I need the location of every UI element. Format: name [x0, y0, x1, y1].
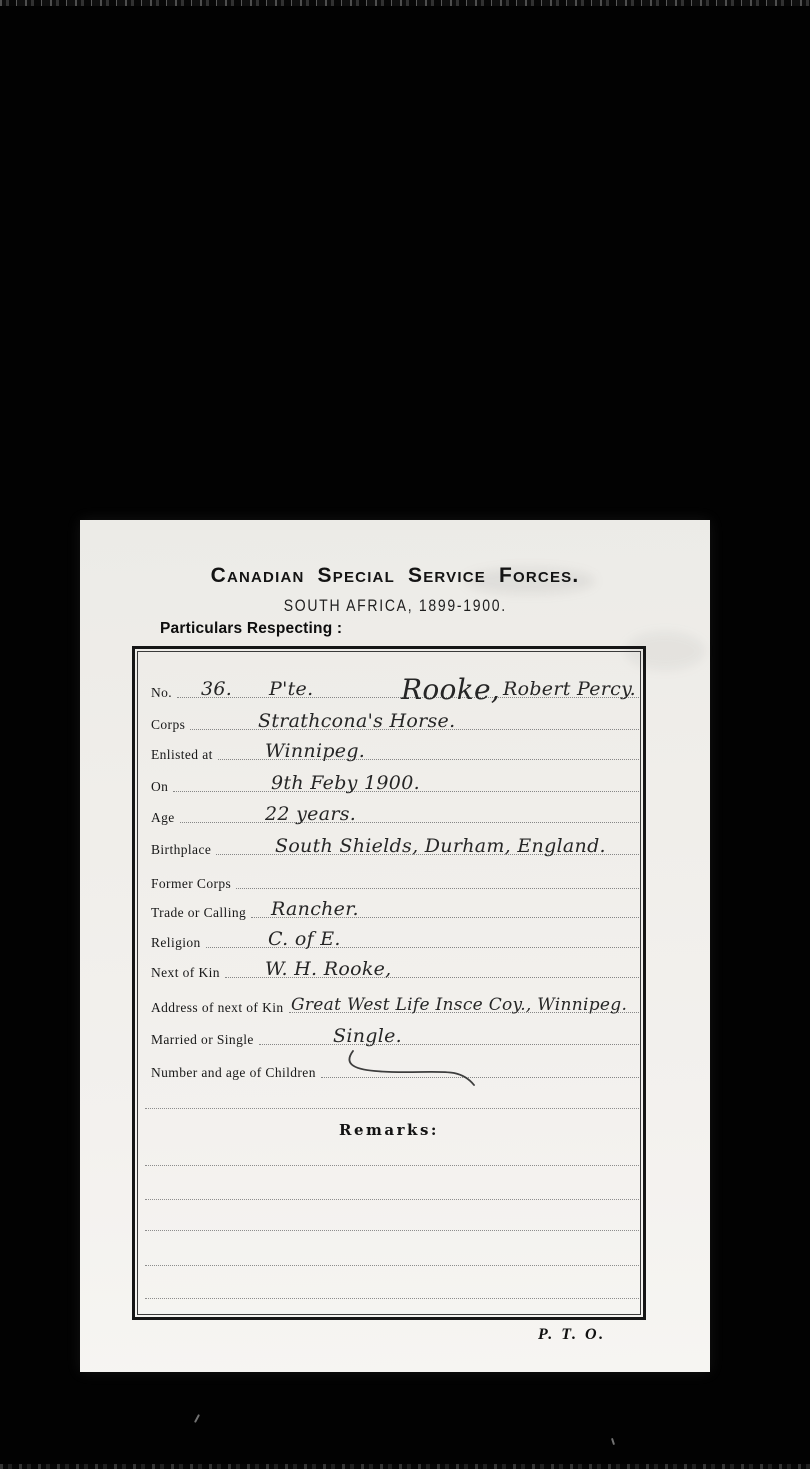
- remarks-line: [145, 1230, 639, 1231]
- dotted-line: [236, 888, 639, 889]
- form-row-next-of-kin: Next of Kin W. H. Rooke,: [151, 955, 639, 981]
- form-row-former-corps: Former Corps: [151, 866, 639, 892]
- field-value: Rancher.: [271, 900, 359, 919]
- remarks-line: [145, 1265, 639, 1266]
- form-row-kin-address: Address of next of Kin Great West Life I…: [151, 990, 639, 1016]
- section-label: Particulars Respecting :: [160, 620, 342, 638]
- field-value: C. of E.: [268, 930, 341, 949]
- form-row-on: On 9th Feby 1900.: [151, 769, 639, 795]
- service-number-value: 36.: [201, 680, 232, 699]
- form-row-trade: Trade or Calling Rancher.: [151, 895, 639, 921]
- field-value: Single.: [333, 1027, 402, 1046]
- field-label: Age: [151, 811, 180, 827]
- blank-form-line: [145, 1108, 639, 1109]
- document-subtitle: SOUTH AFRICA, 1899-1900.: [80, 597, 710, 616]
- flourish-mark: [341, 1045, 481, 1089]
- form-row-age: Age 22 years.: [151, 800, 639, 826]
- field-label: No.: [151, 686, 177, 702]
- remarks-line: [145, 1165, 639, 1166]
- rank-value: P'te.: [269, 680, 313, 699]
- form-row-birthplace: Birthplace South Shields, Durham, Englan…: [151, 832, 639, 858]
- field-label: Corps: [151, 718, 190, 734]
- field-label: On: [151, 780, 173, 796]
- surname-value: Rooke,: [401, 676, 500, 704]
- dotted-line: [180, 822, 639, 823]
- document-subtitle-text: SOUTH AFRICA, 1899-1900.: [283, 597, 506, 616]
- field-label: Married or Single: [151, 1033, 259, 1049]
- form-box: No. 36. P'te. Rooke, Robert Percy. Corps…: [132, 646, 646, 1320]
- field-label: Enlisted at: [151, 748, 218, 764]
- document-page: Canadian Special Service Forces. SOUTH A…: [80, 520, 710, 1372]
- dust-speck: [611, 1438, 615, 1445]
- form-row-corps: Corps Strathcona's Horse.: [151, 707, 639, 733]
- form-row-enlisted-at: Enlisted at Winnipeg.: [151, 737, 639, 763]
- field-value: 9th Feby 1900.: [271, 774, 420, 793]
- field-label: Religion: [151, 936, 206, 952]
- field-label: Former Corps: [151, 877, 236, 893]
- document-title: Canadian Special Service Forces.: [80, 564, 710, 588]
- remarks-line: [145, 1199, 639, 1200]
- field-value: W. H. Rooke,: [265, 960, 392, 979]
- scanner-noise-strip-top: [0, 0, 810, 6]
- pto-label: P. T. O.: [538, 1326, 606, 1344]
- given-names-value: Robert Percy.: [503, 680, 636, 699]
- form-row-religion: Religion C. of E.: [151, 925, 639, 951]
- field-label: Address of next of Kin: [151, 1001, 289, 1017]
- field-label: Trade or Calling: [151, 906, 251, 922]
- field-value: 22 years.: [265, 805, 356, 824]
- field-label: Number and age of Children: [151, 1066, 321, 1082]
- dust-speck: [194, 1414, 200, 1423]
- field-value: Strathcona's Horse.: [258, 712, 455, 731]
- scanned-page-background: Canadian Special Service Forces. SOUTH A…: [0, 0, 810, 1469]
- field-value: Great West Life Insce Coy., Winnipeg.: [291, 997, 627, 1014]
- field-value: Winnipeg.: [265, 742, 365, 761]
- remarks-heading: Remarks:: [135, 1121, 643, 1139]
- field-value: South Shields, Durham, England.: [275, 837, 606, 856]
- field-label: Next of Kin: [151, 966, 225, 982]
- form-row-no: No. 36. P'te. Rooke, Robert Percy.: [151, 675, 639, 701]
- scanner-noise-strip-bottom: [0, 1464, 810, 1469]
- field-label: Birthplace: [151, 843, 216, 859]
- remarks-line: [145, 1298, 639, 1299]
